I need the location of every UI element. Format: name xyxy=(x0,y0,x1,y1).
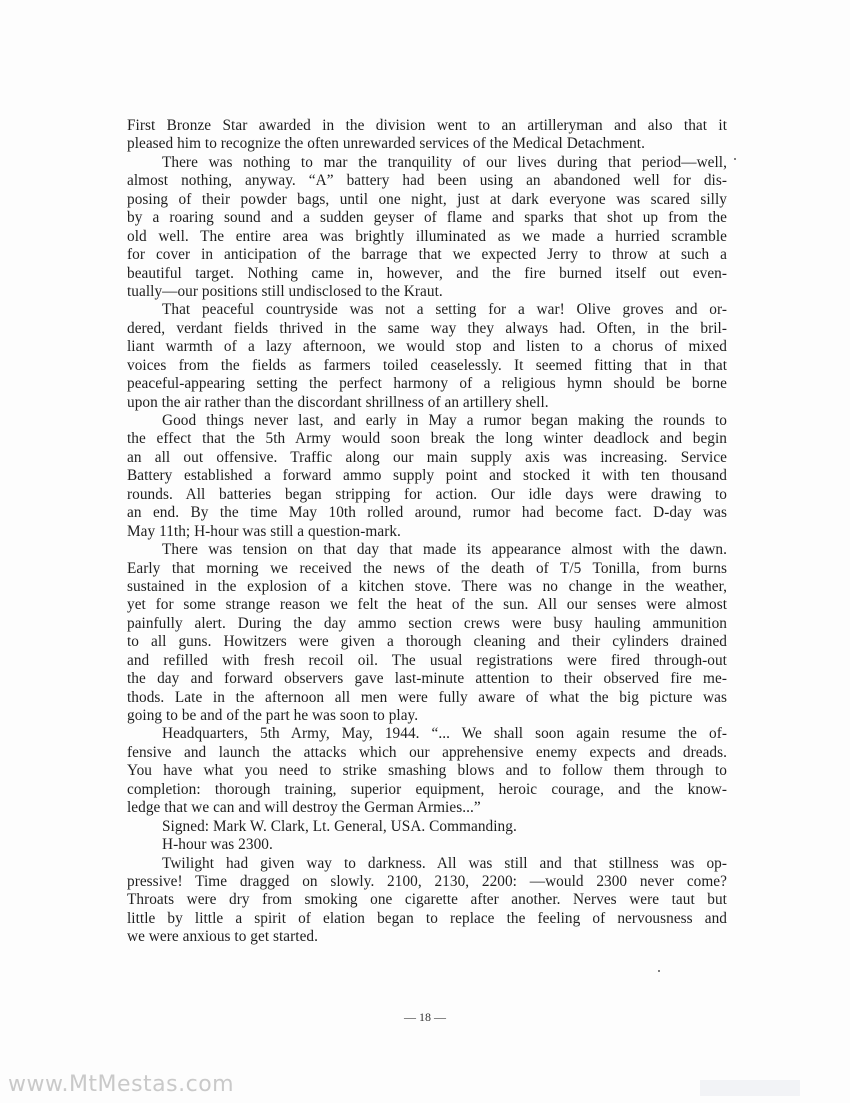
text-line: tually—our positions still undisclosed t… xyxy=(127,283,727,301)
paragraph: That peaceful countryside was not a sett… xyxy=(127,301,727,412)
text-line: pressive! Time dragged on slowly. 2100, … xyxy=(127,873,727,891)
paragraph: Headquarters, 5th Army, May, 1944. “... … xyxy=(127,725,727,817)
text-line: pleased him to recognize the often unrew… xyxy=(127,135,727,153)
text-line: May 11th; H-hour was still a question-ma… xyxy=(127,523,727,541)
text-line: the day and forward observers gave last-… xyxy=(127,670,727,688)
text-line: ledge that we can and will destroy the G… xyxy=(127,799,727,817)
scan-speck xyxy=(658,970,660,972)
text-line: almost nothing, anyway. “A” battery had … xyxy=(127,172,727,190)
paragraph: There was tension on that day that made … xyxy=(127,541,727,725)
text-line: and refilled with fresh recoil oil. The … xyxy=(127,652,727,670)
text-line: Signed: Mark W. Clark, Lt. General, USA.… xyxy=(127,818,727,836)
text-line: fensive and launch the attacks which our… xyxy=(127,744,727,762)
document-page: First Bronze Star awarded in the divisio… xyxy=(0,0,850,1103)
text-line: completion: thorough training, superior … xyxy=(127,781,727,799)
scan-speck xyxy=(734,158,736,160)
text-line: dered, verdant fields thrived in the sam… xyxy=(127,320,727,338)
text-line: liant warmth of a lazy afternoon, we wou… xyxy=(127,338,727,356)
text-line: old well. The entire area was brightly i… xyxy=(127,228,727,246)
text-line: You have what you need to strike smashin… xyxy=(127,762,727,780)
text-line: There was nothing to mar the tranquility… xyxy=(127,154,727,172)
text-line: upon the air rather than the discordant … xyxy=(127,394,727,412)
body-text: First Bronze Star awarded in the divisio… xyxy=(127,117,727,947)
text-line: thods. Late in the afternoon all men wer… xyxy=(127,689,727,707)
paragraph: Good things never last, and early in May… xyxy=(127,412,727,541)
paragraph: Twilight had given way to darkness. All … xyxy=(127,855,727,947)
text-line: That peaceful countryside was not a sett… xyxy=(127,301,727,319)
text-line: There was tension on that day that made … xyxy=(127,541,727,559)
text-line: beautiful target. Nothing came in, howev… xyxy=(127,265,727,283)
text-line: little by little a spirit of elation beg… xyxy=(127,910,727,928)
text-line: going to be and of the part he was soon … xyxy=(127,707,727,725)
text-line: we were anxious to get started. xyxy=(127,928,727,946)
text-line: an all out offensive. Traffic along our … xyxy=(127,449,727,467)
paragraph: First Bronze Star awarded in the divisio… xyxy=(127,117,727,154)
paragraph: There was nothing to mar the tranquility… xyxy=(127,154,727,302)
text-line: painfully alert. During the day ammo sec… xyxy=(127,615,727,633)
text-line: peaceful-appearing setting the perfect h… xyxy=(127,375,727,393)
text-line: sustained in the explosion of a kitchen … xyxy=(127,578,727,596)
text-line: yet for some strange reason we felt the … xyxy=(127,596,727,614)
text-line: First Bronze Star awarded in the divisio… xyxy=(127,117,727,135)
text-line: Good things never last, and early in May… xyxy=(127,412,727,430)
text-line: rounds. All batteries began stripping fo… xyxy=(127,486,727,504)
text-line: Early that morning we received the news … xyxy=(127,560,727,578)
text-line: Twilight had given way to darkness. All … xyxy=(127,855,727,873)
text-line: posing of their powder bags, until one n… xyxy=(127,191,727,209)
text-line: Headquarters, 5th Army, May, 1944. “... … xyxy=(127,725,727,743)
text-line: the effect that the 5th Army would soon … xyxy=(127,430,727,448)
page-number: — 18 — xyxy=(0,1010,850,1025)
text-line: by a roaring sound and a sudden geyser o… xyxy=(127,209,727,227)
paragraph: H-hour was 2300. xyxy=(127,836,727,854)
watermark: www.MtMestas.com xyxy=(8,1072,234,1097)
paragraph: Signed: Mark W. Clark, Lt. General, USA.… xyxy=(127,818,727,836)
text-line: voices from the fields as farmers toiled… xyxy=(127,357,727,375)
text-line: H-hour was 2300. xyxy=(127,836,727,854)
scan-artifact xyxy=(700,1080,800,1096)
text-line: an end. By the time May 10th rolled arou… xyxy=(127,504,727,522)
text-line: for cover in anticipation of the barrage… xyxy=(127,246,727,264)
text-line: to all guns. Howitzers were given a thor… xyxy=(127,633,727,651)
text-line: Throats were dry from smoking one cigare… xyxy=(127,891,727,909)
text-line: Battery established a forward ammo suppl… xyxy=(127,467,727,485)
